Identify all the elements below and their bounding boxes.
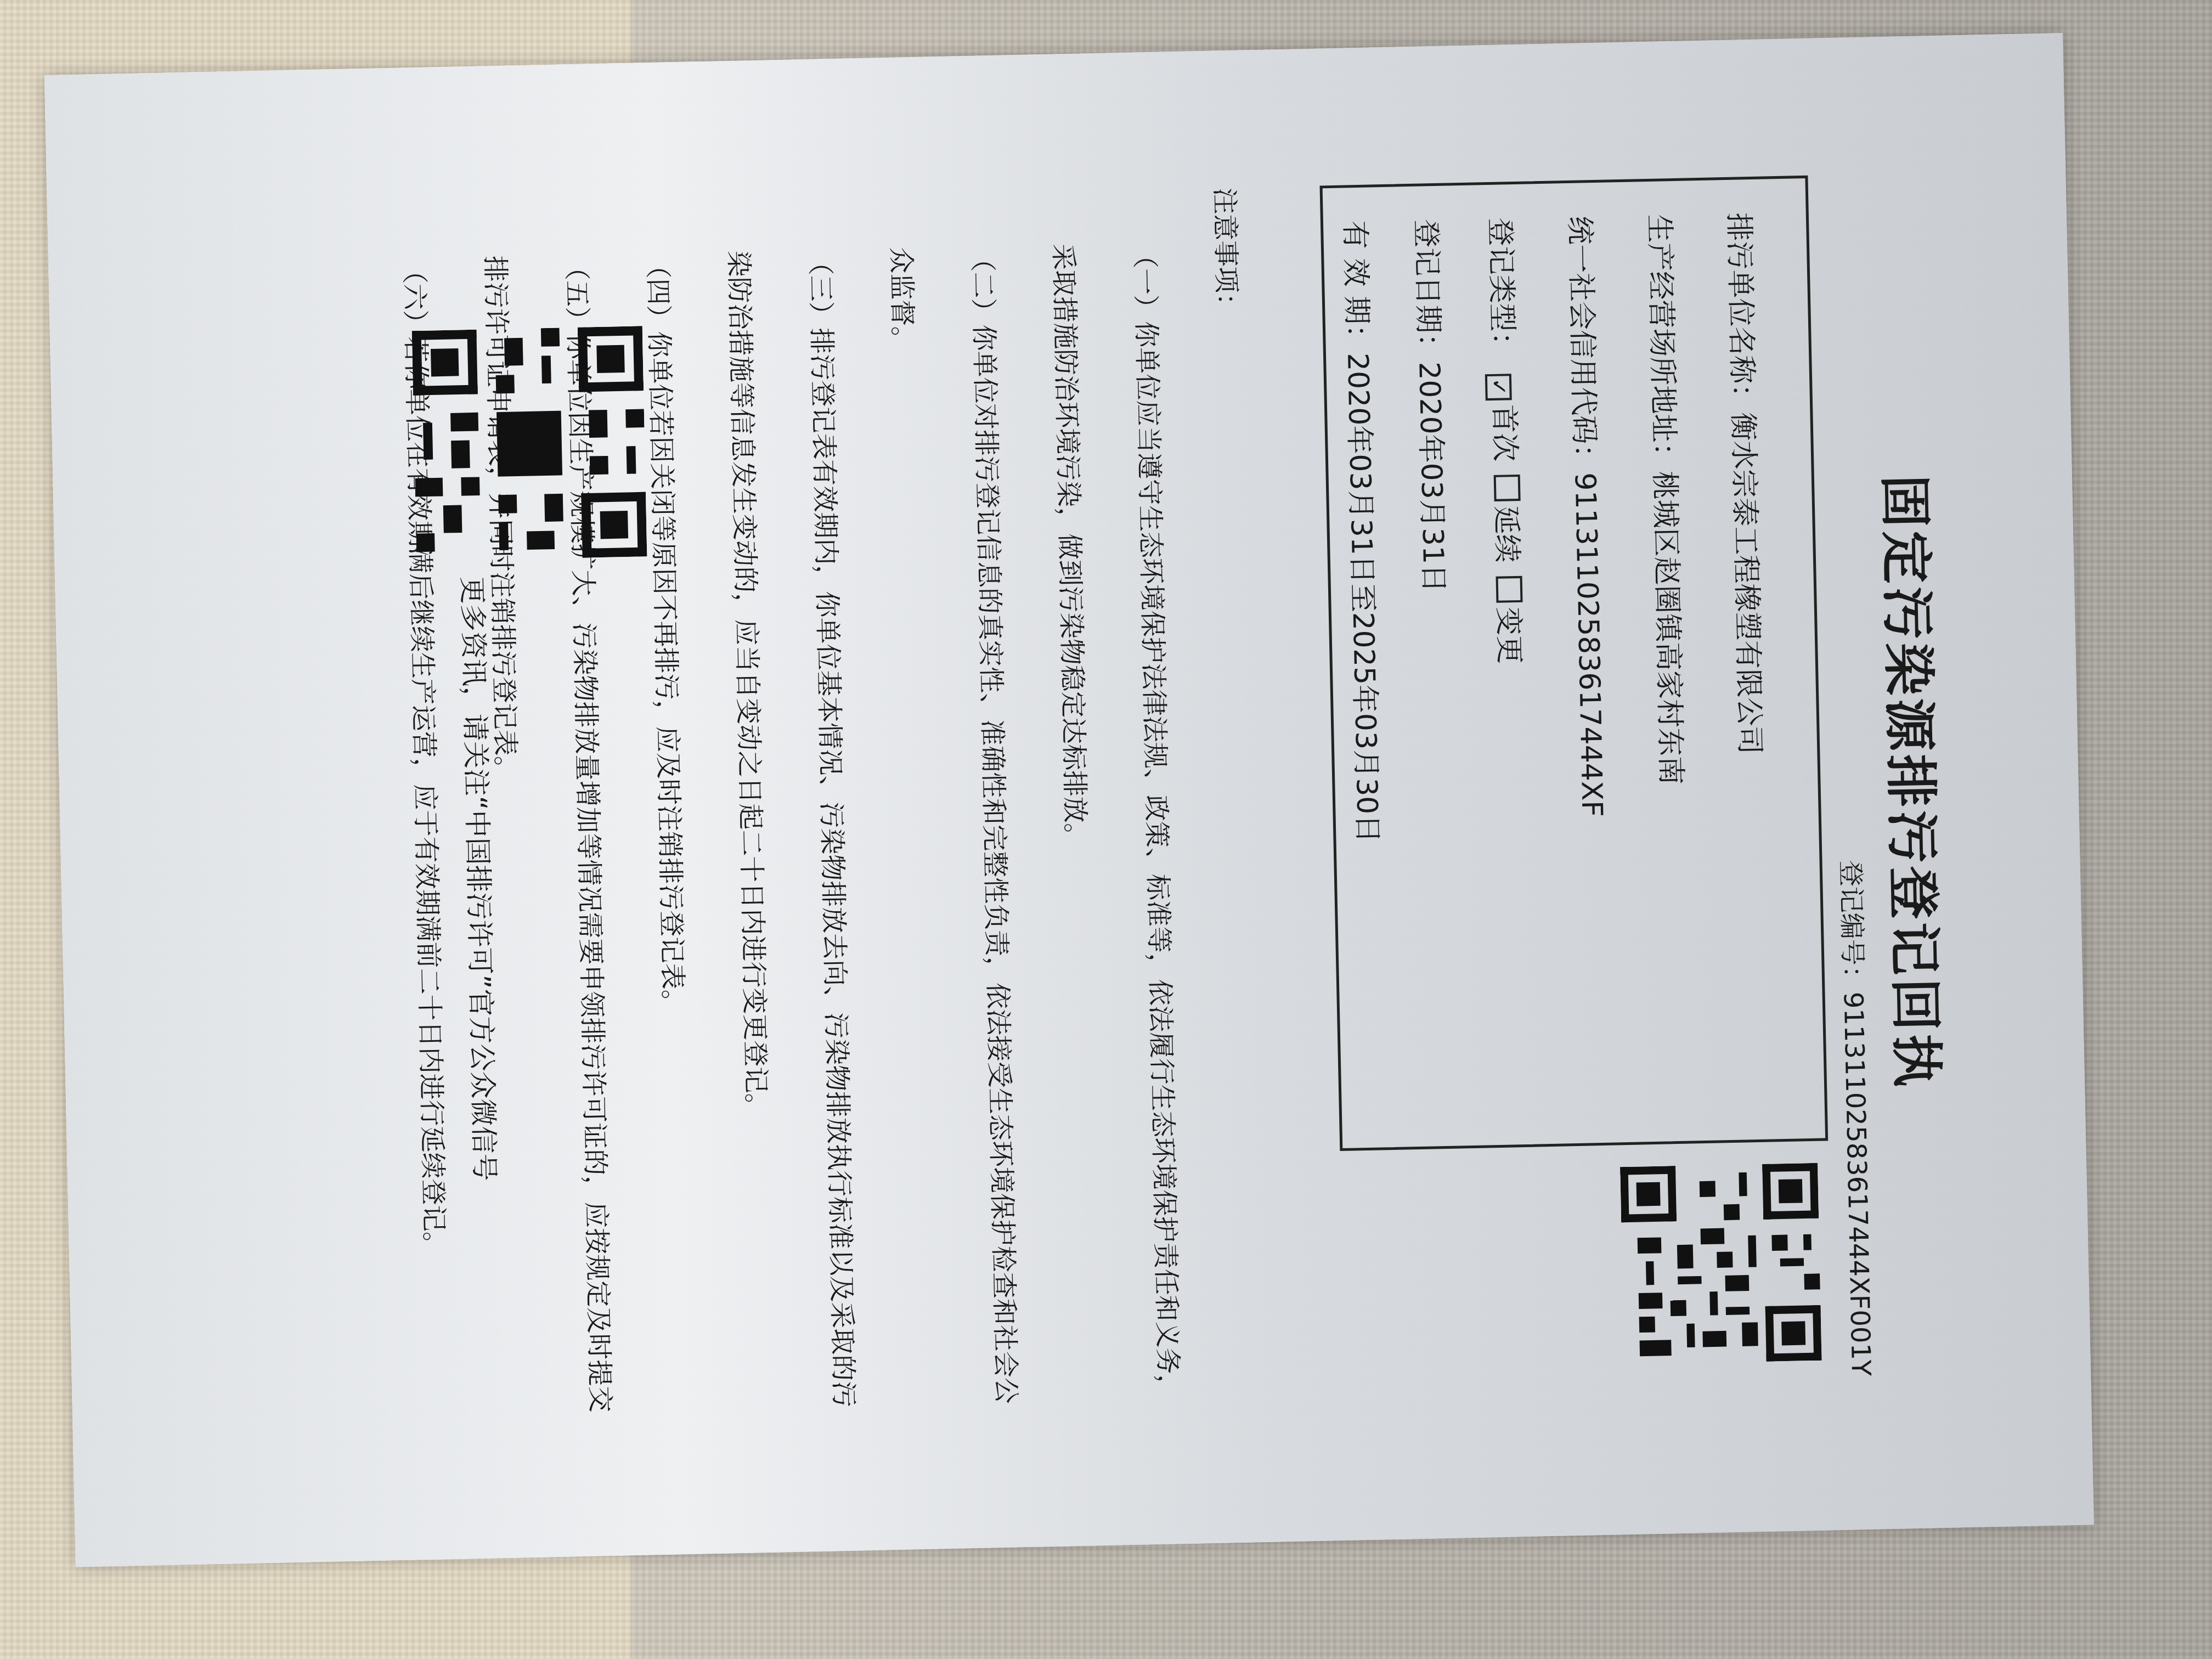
option-renewal: 延续 [1489,505,1523,563]
field-label: 统一社会信用代码： [1562,216,1609,473]
field-address: 生产经营场所地址：桃城区赵圈镇高家村东南 [1641,214,1695,785]
field-registration-date: 登记日期：2020年03月31日 [1408,218,1457,592]
checkbox-empty-icon [1494,475,1521,501]
field-label: 生产经营场所地址： [1641,214,1688,471]
field-value: 2020年03月31日 [1412,362,1450,593]
registration-number: 登记编号：91131102583617444XF001Y [1833,860,1882,1376]
registration-number-value: 91131102583617444XF001Y [1838,991,1877,1376]
note-item: （一）你单位应当遵守生态环境保护法律法规、政策、标准等，依法履行生态环境保护责任… [1022,189,1210,1426]
field-label: 登记日期： [1408,218,1452,362]
field-value: 桃城区赵圈镇高家村东南 [1648,471,1688,785]
document-sheet: 固定污染源排污登记回执 登记编号：91131102583617444XF001Y… [44,33,2094,1567]
field-label: 登记类型： [1482,217,1526,361]
note-item: （二）你单位对排污登记信息的真实性、准确性和完整性负责，依法接受生态环境保护检查… [859,192,1047,1430]
wechat-qr-code-icon [412,326,647,561]
field-value: 2020年03月31日至2025年03月30日 [1341,352,1384,843]
option-first: 首次 [1487,404,1521,461]
option-change: 变更 [1492,606,1526,664]
qr-code-icon [1620,1163,1821,1364]
field-credit-code: 统一社会信用代码：91131102583617444XF [1562,216,1616,817]
field-label: 排污单位名称： [1721,212,1767,413]
field-value: 衡水宗泰工程橡塑有限公司 [1726,412,1766,755]
registration-number-label: 登记编号： [1835,860,1868,992]
field-label: 有 效 期： [1337,220,1381,353]
field-company-name: 排污单位名称：衡水宗泰工程橡塑有限公司 [1721,212,1774,755]
info-box: 排污单位名称：衡水宗泰工程橡塑有限公司 生产经营场所地址：桃城区赵圈镇高家村东南… [1320,176,1829,1151]
field-value: 91131102583617444XF [1568,472,1609,817]
field-registration-type: 登记类型： ✓首次 延续 变更 [1482,217,1533,664]
checkbox-checked-icon: ✓ [1485,374,1512,400]
checkbox-empty-icon [1496,575,1523,602]
note-item: （三）排污登记表有效期内，你单位基本情况、污染物排放去向、污染物排放执行标准以及… [697,195,885,1433]
field-validity: 有 效 期：2020年03月31日至2025年03月30日 [1337,220,1391,843]
document-body: 固定污染源排污登记回执 登记编号：91131102583617444XF001Y… [44,33,2094,1567]
